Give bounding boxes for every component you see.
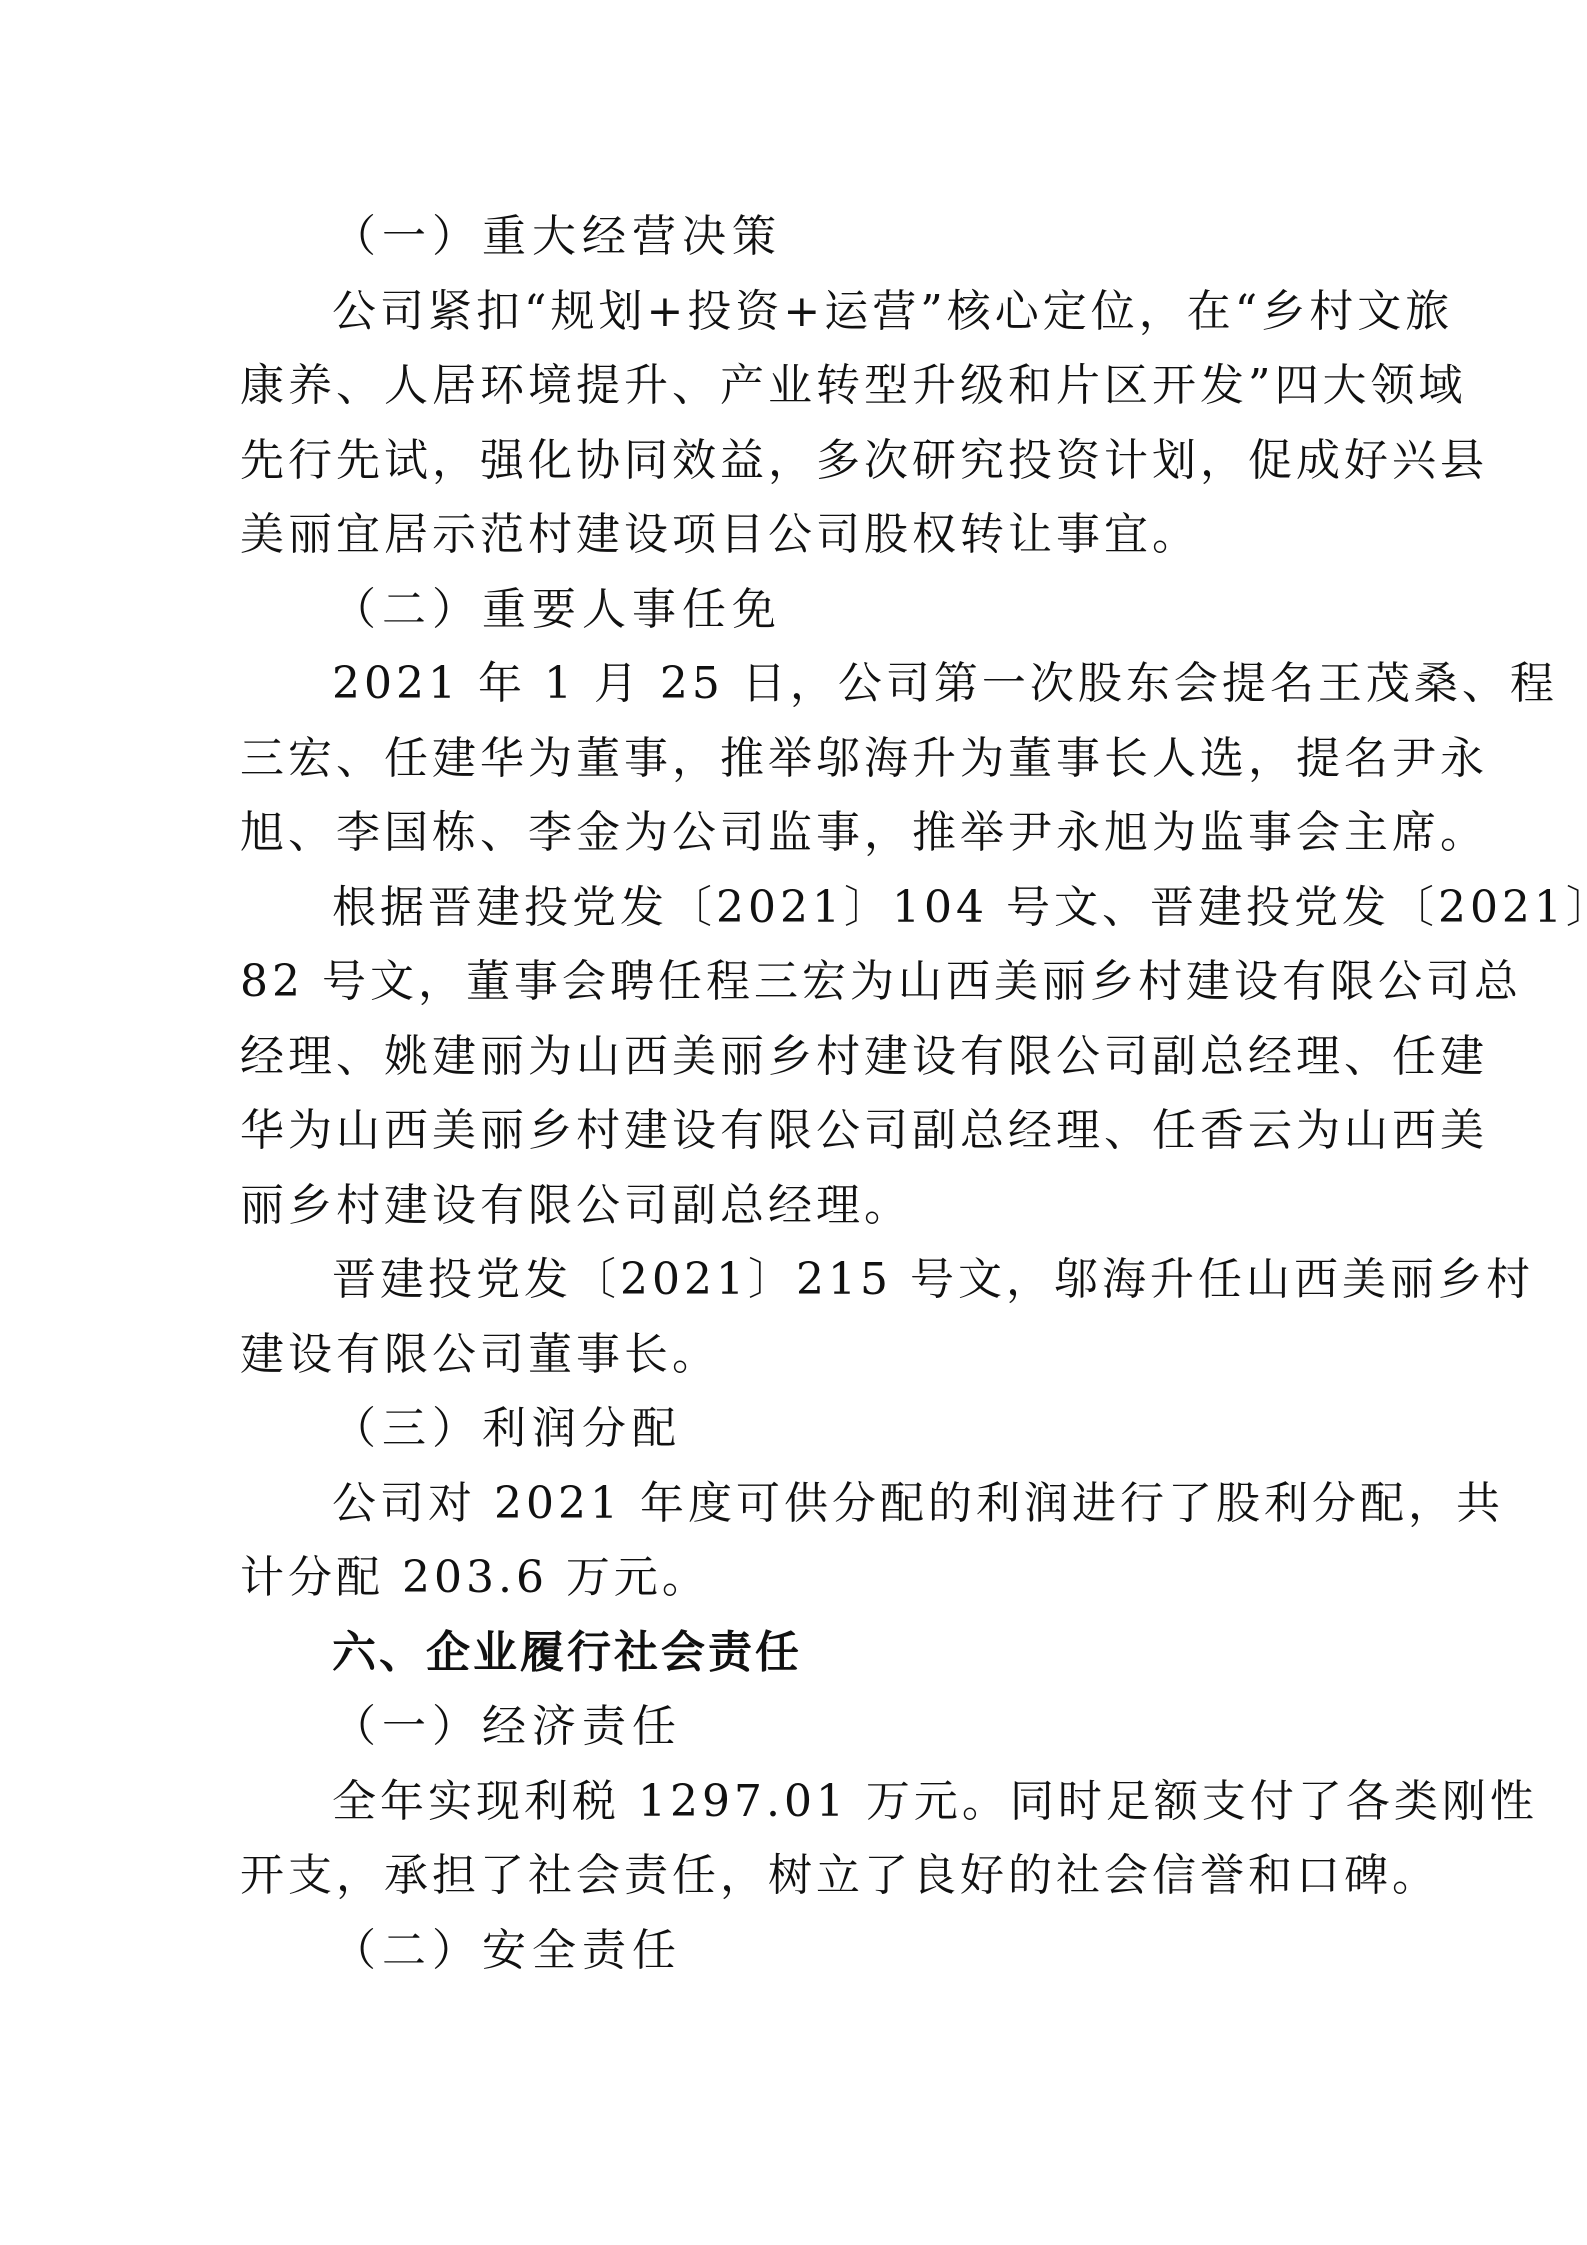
paragraph-line: 开支，承担了社会责任，树立了良好的社会信誉和口碑。 — [240, 1839, 1350, 1914]
paragraph-chairman-appointment: 晋建投党发〔2021〕215 号文，邬海升任山西美丽乡村 建设有限公司董事长。 — [240, 1243, 1350, 1392]
paragraph-board-appointments: 根据晋建投党发〔2021〕104 号文、晋建投党发〔2021〕 82 号文，董事… — [240, 871, 1350, 1244]
paragraph-line: 先行先试，强化协同效益，多次研究投资计划，促成好兴县 — [240, 424, 1350, 499]
paragraph-line: 2021 年 1 月 25 日，公司第一次股东会提名王茂桑、程 — [240, 647, 1350, 722]
paragraph-profit-distribution: 公司对 2021 年度可供分配的利润进行了股利分配，共 计分配 203.6 万元… — [240, 1467, 1350, 1616]
paragraph-shareholder-meeting: 2021 年 1 月 25 日，公司第一次股东会提名王茂桑、程 三宏、任建华为董… — [240, 647, 1350, 871]
paragraph-line: 根据晋建投党发〔2021〕104 号文、晋建投党发〔2021〕 — [240, 871, 1350, 946]
sub-heading-personnel-appointments: （二）重要人事任免 — [240, 573, 1350, 648]
paragraph-line: 华为山西美丽乡村建设有限公司副总经理、任香云为山西美 — [240, 1094, 1350, 1169]
paragraph-line: 旭、李国栋、李金为公司监事，推举尹永旭为监事会主席。 — [240, 796, 1350, 871]
sub-heading-profit-distribution: （三）利润分配 — [240, 1392, 1350, 1467]
paragraph-line: 建设有限公司董事长。 — [240, 1318, 1350, 1393]
sub-heading-safety-responsibility: （二）安全责任 — [240, 1914, 1350, 1989]
paragraph-line: 全年实现利税 1297.01 万元。同时足额支付了各类刚性 — [240, 1765, 1350, 1840]
paragraph-economic-responsibility: 全年实现利税 1297.01 万元。同时足额支付了各类刚性 开支，承担了社会责任… — [240, 1765, 1350, 1914]
paragraph-line: 公司对 2021 年度可供分配的利润进行了股利分配，共 — [240, 1467, 1350, 1542]
paragraph-line: 康养、人居环境提升、产业转型升级和片区开发”四大领域 — [240, 349, 1350, 424]
paragraph-line: 美丽宜居示范村建设项目公司股权转让事宜。 — [240, 498, 1350, 573]
paragraph-line: 计分配 203.6 万元。 — [240, 1541, 1350, 1616]
sub-heading-major-decisions: （一）重大经营决策 — [240, 200, 1350, 275]
paragraph-line: 丽乡村建设有限公司副总经理。 — [240, 1169, 1350, 1244]
sub-heading-economic-responsibility: （一）经济责任 — [240, 1690, 1350, 1765]
section-heading-social-responsibility: 六、企业履行社会责任 — [240, 1616, 1350, 1691]
paragraph-line: 晋建投党发〔2021〕215 号文，邬海升任山西美丽乡村 — [240, 1243, 1350, 1318]
document-page: （一）重大经营决策 公司紧扣“规划+投资+运营”核心定位，在“乡村文旅 康养、人… — [240, 200, 1350, 1988]
paragraph-line: 82 号文，董事会聘任程三宏为山西美丽乡村建设有限公司总 — [240, 945, 1350, 1020]
paragraph-line: 三宏、任建华为董事，推举邬海升为董事长人选，提名尹永 — [240, 722, 1350, 797]
paragraph-line: 经理、姚建丽为山西美丽乡村建设有限公司副总经理、任建 — [240, 1020, 1350, 1095]
paragraph-line: 公司紧扣“规划+投资+运营”核心定位，在“乡村文旅 — [240, 275, 1350, 350]
paragraph-major-decisions: 公司紧扣“规划+投资+运营”核心定位，在“乡村文旅 康养、人居环境提升、产业转型… — [240, 275, 1350, 573]
